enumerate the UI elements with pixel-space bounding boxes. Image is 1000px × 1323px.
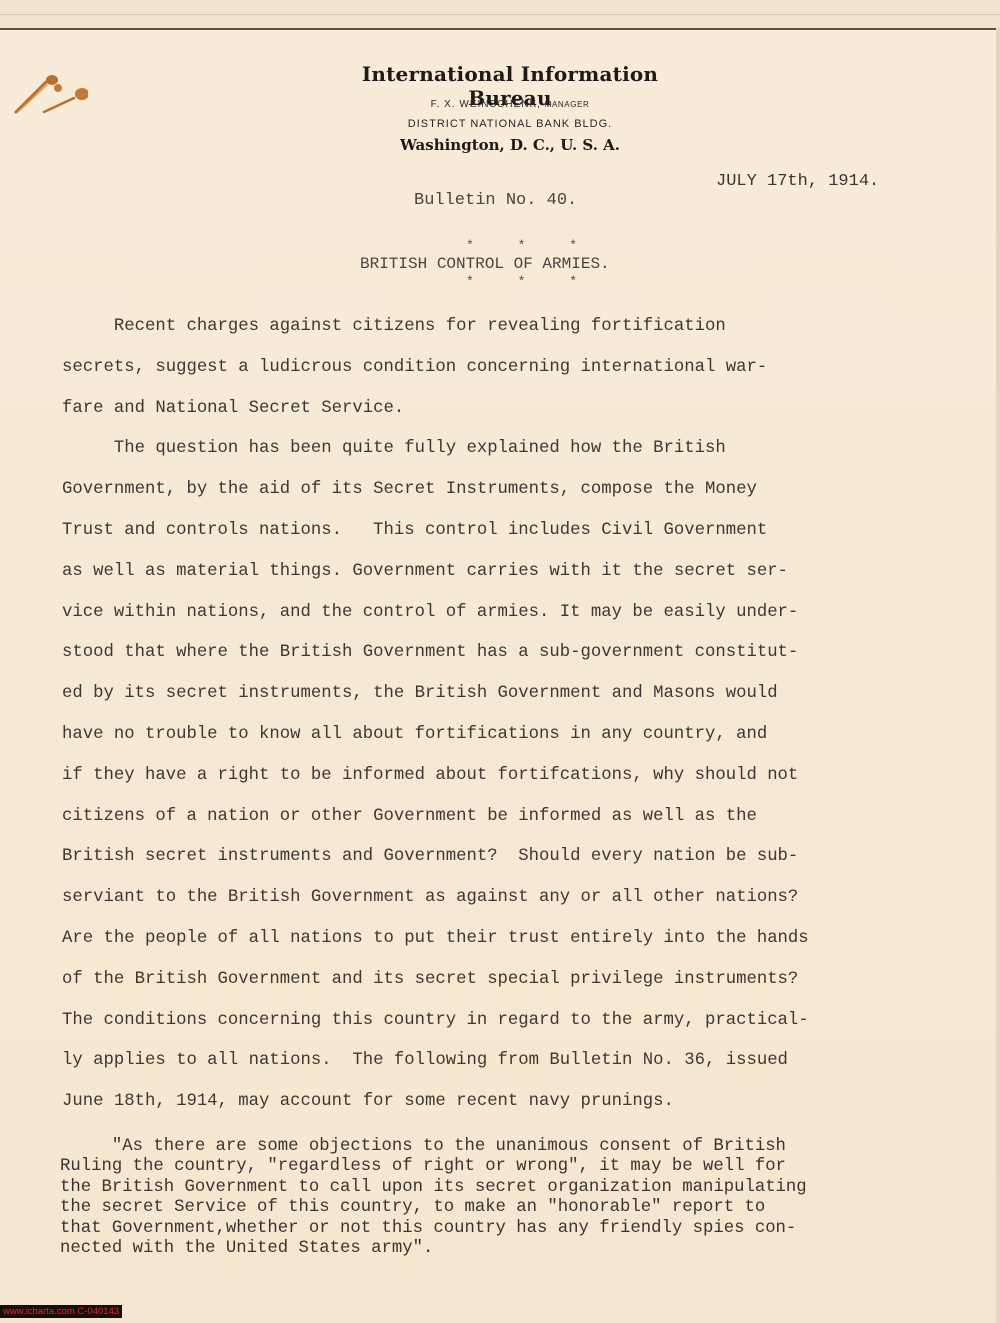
asterisk-divider-bottom: * * * xyxy=(466,274,595,289)
body-line: have no trouble to know all about fortif… xyxy=(62,722,922,763)
body-line: stood that where the British Government … xyxy=(62,640,922,681)
document-page: International Information Bureau F. X. W… xyxy=(0,0,1000,1323)
body-line: Recent charges against citizens for reve… xyxy=(62,314,922,355)
body-line: serviant to the British Government as ag… xyxy=(62,885,922,926)
paper-right-edge xyxy=(996,28,1000,1323)
asterisk-divider-top: * * * xyxy=(466,238,595,253)
body-text: Recent charges against citizens for reve… xyxy=(62,314,922,1130)
city-line: Washington, D. C., U. S. A. xyxy=(340,136,680,154)
body-line: citizens of a nation or other Government… xyxy=(62,804,922,845)
source-watermark: www.icharta.com C-040143 xyxy=(0,1305,122,1318)
quote-line: "As there are some objections to the una… xyxy=(60,1137,920,1157)
quoted-bulletin: "As there are some objections to the una… xyxy=(60,1137,920,1259)
body-line: The conditions concerning this country i… xyxy=(62,1008,922,1049)
body-line: British secret instruments and Governmen… xyxy=(62,844,922,885)
manager-line: F. X. WEINSCHENK, MANAGER xyxy=(340,99,680,110)
body-line: secrets, suggest a ludicrous condition c… xyxy=(62,355,922,396)
manager-name: F. X. WEINSCHENK, xyxy=(431,99,541,110)
quote-line: the British Government to call upon its … xyxy=(60,1178,920,1198)
body-line: ly applies to all nations. The following… xyxy=(62,1048,922,1089)
body-line: June 18th, 1914, may account for some re… xyxy=(62,1089,922,1130)
document-title: BRITISH CONTROL OF ARMIES. xyxy=(360,255,610,273)
body-line: if they have a right to be informed abou… xyxy=(62,763,922,804)
quote-line: nected with the United States army". xyxy=(60,1239,920,1259)
quote-line: Ruling the country, "regardless of right… xyxy=(60,1157,920,1177)
manager-title: MANAGER xyxy=(545,100,590,109)
body-line: The question has been quite fully explai… xyxy=(62,436,922,477)
body-line: of the British Government and its secret… xyxy=(62,967,922,1008)
body-line: Are the people of all nations to put the… xyxy=(62,926,922,967)
bulletin-date: JULY 17th, 1914. xyxy=(716,172,879,191)
body-line: Trust and controls nations. This control… xyxy=(62,518,922,559)
body-line: ed by its secret instruments, the Britis… xyxy=(62,681,922,722)
body-line: as well as material things. Government c… xyxy=(62,559,922,600)
paper-fold-line xyxy=(0,14,1000,15)
bulletin-number: Bulletin No. 40. xyxy=(414,191,577,210)
body-line: fare and National Secret Service. xyxy=(62,396,922,437)
quote-line: the secret Service of this country, to m… xyxy=(60,1198,920,1218)
rust-stain-icon xyxy=(8,68,88,116)
paper-top-edge xyxy=(0,0,1000,30)
address-line: DISTRICT NATIONAL BANK BLDG. xyxy=(340,118,680,130)
quote-line: that Government,whether or not this coun… xyxy=(60,1219,920,1239)
body-line: vice within nations, and the control of … xyxy=(62,600,922,641)
body-line: Government, by the aid of its Secret Ins… xyxy=(62,477,922,518)
